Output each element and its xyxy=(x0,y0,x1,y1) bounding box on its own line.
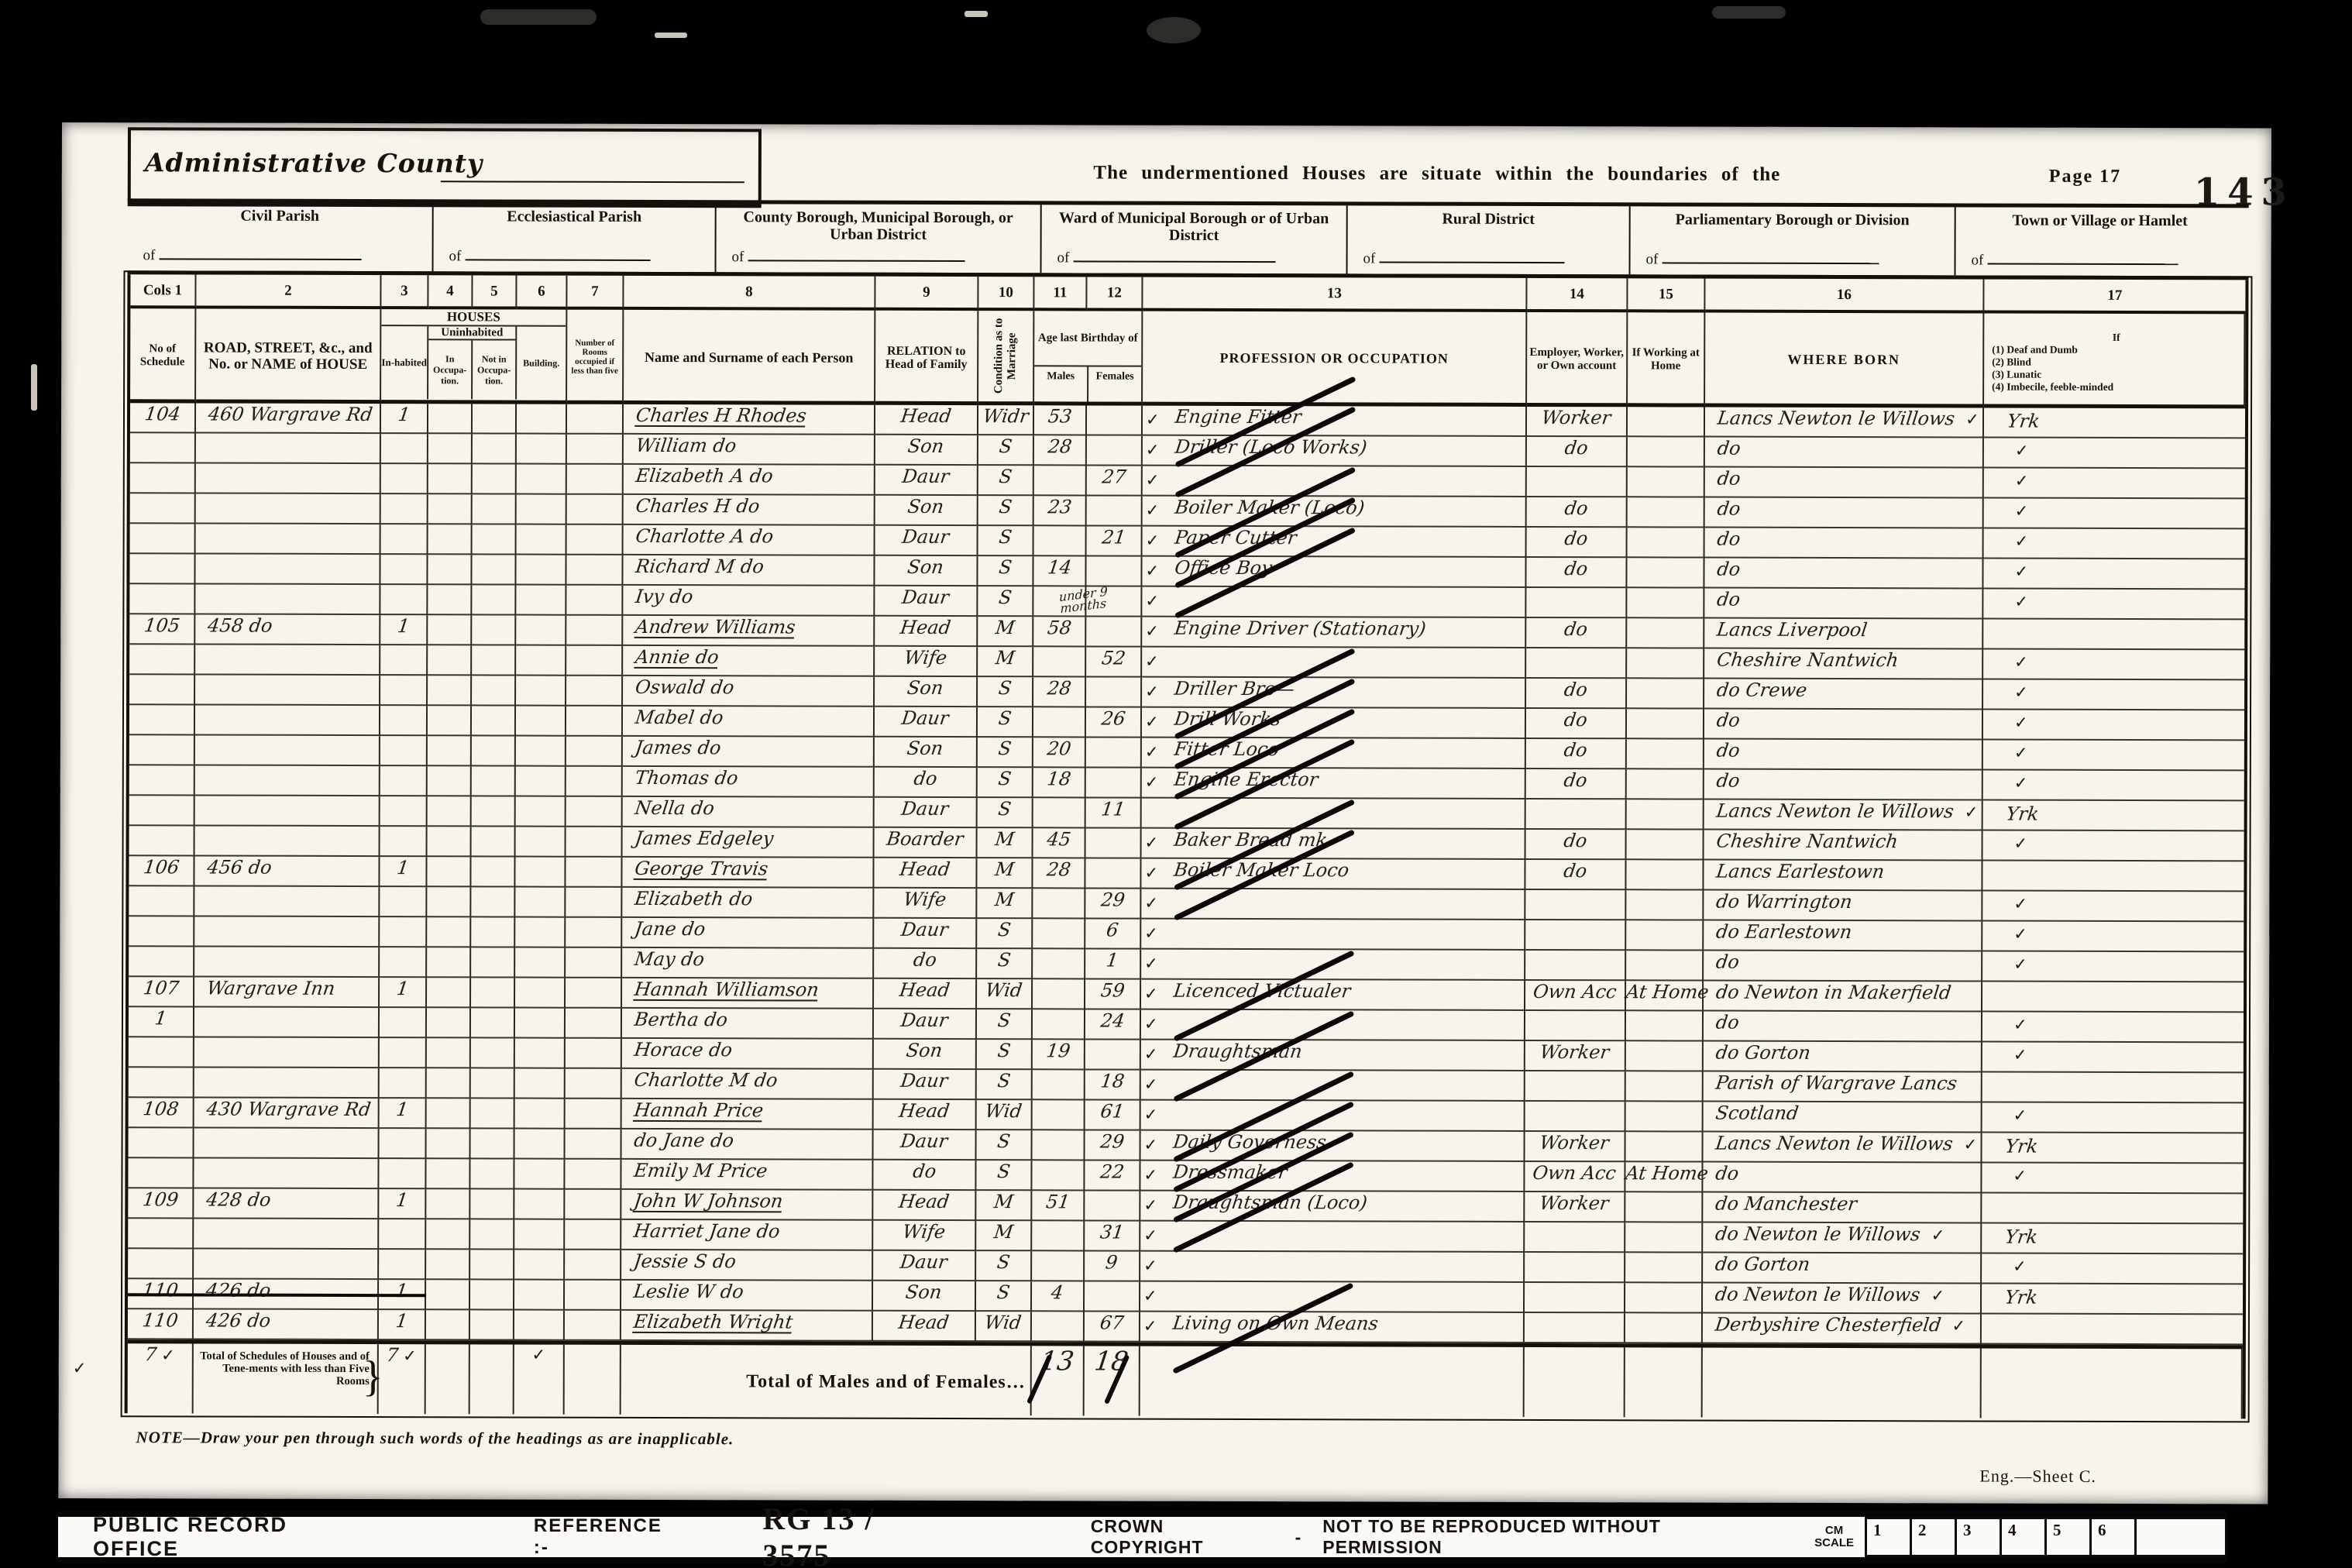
cell-age-female: 18 xyxy=(1085,1070,1141,1100)
handwritten-entry: do xyxy=(1716,528,1742,550)
header-road: ROAD, STREET, &c., and No. or NAME of HO… xyxy=(196,308,380,403)
handwritten-entry: do xyxy=(1563,528,1589,549)
handwritten-entry: Scotland xyxy=(1714,1102,1800,1124)
cell-inhabited xyxy=(380,1068,427,1099)
check-mark: ✓ xyxy=(2013,1257,2027,1276)
cell-employer: do xyxy=(1526,769,1627,799)
cell-infirmity: ✓ xyxy=(1983,649,2244,680)
of-line: of xyxy=(1057,249,1328,267)
of-prefix: of xyxy=(449,248,462,264)
check-mark: ✓ xyxy=(1145,834,1159,852)
handwritten-entry: M xyxy=(992,1191,1014,1212)
cell-inhabited xyxy=(379,1219,426,1250)
cell-in-occupation xyxy=(428,706,472,736)
cell-age-male xyxy=(1033,1070,1085,1100)
cell-relation: Son xyxy=(874,1040,977,1070)
handwritten-entry: S xyxy=(996,949,1012,971)
cell-address: 460 Wargrave Rd xyxy=(196,403,381,434)
handwritten-entry: Bertha do xyxy=(633,1009,729,1030)
cell-relation: Daur xyxy=(875,526,978,556)
handwritten-entry: Daur xyxy=(900,919,950,940)
cell-inhabited xyxy=(380,887,427,917)
footer-bar: PUBLIC RECORD OFFICE REFERENCE :- RG 13 … xyxy=(58,1511,2227,1563)
header-born: WHERE BORN xyxy=(1705,313,1982,407)
header-rooms: Number of Rooms occupied if less than fi… xyxy=(567,310,622,404)
cell-inhabited: 1 xyxy=(380,978,427,1008)
cell-condition: Wid xyxy=(977,979,1033,1009)
check-mark: ✓ xyxy=(1143,1287,1157,1305)
cell-not-in-occupation xyxy=(471,978,515,1008)
check-mark: ✓ xyxy=(1964,1135,1978,1154)
header-home: If Working at Home xyxy=(1628,312,1704,406)
cell-address xyxy=(194,1007,380,1038)
handwritten-entry: Worker xyxy=(1539,1132,1611,1154)
cell-where-born: Cheshire Nantwich xyxy=(1704,649,1983,680)
handwritten-entry: Richard M do xyxy=(634,555,765,577)
cell-not-in-occupation xyxy=(473,434,517,464)
cell-where-born: do xyxy=(1704,589,1983,620)
cell-not-in-occupation xyxy=(471,917,515,947)
district-box: Rural Districtof xyxy=(1347,205,1630,274)
column-number: 13 xyxy=(1143,277,1527,312)
of-line: of xyxy=(1363,250,1611,268)
header-age-females: Females xyxy=(1088,366,1141,401)
cell-employer: Worker xyxy=(1525,1132,1625,1162)
cell-where-born: do Newton le Willows✓ xyxy=(1703,1223,1982,1254)
cell-address: 458 do xyxy=(195,614,380,645)
cell-condition: S xyxy=(976,1281,1032,1312)
handwritten-entry: Oswald do xyxy=(634,676,735,698)
cell-infirmity: ✓ xyxy=(1984,438,2245,469)
cell-age-male: under 9 months xyxy=(1033,586,1086,617)
cell-employer: Worker xyxy=(1525,1192,1625,1222)
cell-age-male: 45 xyxy=(1033,828,1086,858)
handwritten-entry: Daur xyxy=(901,586,951,608)
cell-building xyxy=(516,616,566,646)
cell-employer xyxy=(1525,1222,1625,1253)
cell-infirmity: ✓ xyxy=(1983,830,2244,861)
cell-name: Bertha do xyxy=(622,1009,874,1040)
cell-employer xyxy=(1525,1011,1626,1041)
cell-rooms xyxy=(566,948,622,978)
cell-rooms xyxy=(565,1160,621,1190)
cell-inhabited xyxy=(380,645,428,676)
cell-infirmity xyxy=(1982,1072,2244,1103)
cell-inhabited xyxy=(381,464,428,494)
check-mark: ✓ xyxy=(2013,1167,2027,1185)
cell-not-in-occupation xyxy=(470,1189,514,1219)
cell-where-born: do Gorton xyxy=(1703,1253,1982,1284)
handwritten-entry: M xyxy=(994,828,1016,850)
cell-age-female: 61 xyxy=(1085,1100,1141,1130)
check-mark: ✓ xyxy=(1145,622,1159,641)
cell-employer xyxy=(1526,799,1627,830)
handwritten-entry: do Newton le Willows xyxy=(1714,1223,1921,1246)
of-line: of xyxy=(449,248,696,266)
undermentioned-heading: The undermentioned Houses are situate wi… xyxy=(848,162,2026,187)
cell-address: 426 do xyxy=(194,1309,379,1340)
handwritten-entry: S xyxy=(998,556,1013,578)
check-mark: ✓ xyxy=(2013,1046,2027,1064)
handwritten-entry: 27 xyxy=(1101,466,1127,488)
cell-age-female xyxy=(1085,858,1141,889)
cell-infirmity: ✓ xyxy=(1984,468,2245,499)
scan-streak xyxy=(655,33,687,38)
check-mark: ✓ xyxy=(1965,803,1979,821)
cell-not-in-occupation xyxy=(470,1280,514,1310)
cell-condition: S xyxy=(978,738,1033,768)
cell-not-in-occupation xyxy=(471,887,515,917)
cell-name: Horace do xyxy=(622,1039,874,1070)
cell-relation: Daur xyxy=(874,919,977,949)
handwritten-entry: Parish of Wargrave Lancs xyxy=(1714,1072,1958,1095)
cell-building xyxy=(516,555,566,586)
cell-age-female xyxy=(1087,435,1143,466)
cell-employer xyxy=(1525,920,1626,951)
cell-relation: Daur xyxy=(875,798,978,828)
cell-occupation: ✓Draughtsman xyxy=(1141,1040,1525,1071)
cell-where-born: do xyxy=(1705,498,1984,529)
cell-schedule xyxy=(129,916,194,947)
cell-building xyxy=(515,888,566,918)
cell-in-occupation xyxy=(427,1099,471,1129)
handwritten-entry: 110 xyxy=(141,1279,179,1301)
cell-relation: Daur xyxy=(875,707,978,738)
cell-at-home xyxy=(1627,769,1704,799)
cell-employer: Own Acc xyxy=(1525,981,1626,1011)
totals-schedule-count: 7 xyxy=(143,1343,158,1365)
cell-at-home xyxy=(1626,1041,1704,1071)
handwritten-entry: Head xyxy=(898,979,951,1001)
handwritten-entry: 21 xyxy=(1101,527,1127,548)
cell-rooms xyxy=(566,1099,622,1130)
cell-condition: M xyxy=(977,858,1033,889)
cell-condition: S xyxy=(978,586,1033,617)
cell-infirmity: ✓ xyxy=(1983,559,2244,590)
cell-rooms xyxy=(566,1039,622,1069)
cell-relation: Head xyxy=(875,405,978,435)
cell-infirmity: ✓ xyxy=(1983,740,2244,771)
handwritten-entry: Jessie S do xyxy=(632,1250,737,1272)
cell-in-occupation xyxy=(426,1280,470,1310)
handwritten-entry: Widr xyxy=(982,405,1030,427)
cell-schedule xyxy=(129,735,195,765)
column-number: 12 xyxy=(1087,277,1143,311)
cell-inhabited: 1 xyxy=(381,404,428,434)
admin-county-box: Administrative County xyxy=(128,127,762,208)
handwritten-entry: Worker xyxy=(1541,407,1613,428)
check-mark: ✓ xyxy=(1144,1136,1158,1154)
cell-age-male xyxy=(1033,889,1085,919)
cell-in-occupation xyxy=(428,796,472,827)
handwritten-entry: S xyxy=(998,435,1013,457)
handwritten-entry: do xyxy=(1563,860,1588,882)
handwritten-entry: 1 xyxy=(395,978,410,999)
handwritten-entry: do xyxy=(1563,709,1588,731)
handwritten-entry: do xyxy=(1563,739,1588,761)
headings-note: NOTE—Draw your pen through such words of… xyxy=(136,1428,734,1449)
handwritten-entry: Nella do xyxy=(634,797,716,819)
cell-in-occupation xyxy=(427,1008,471,1038)
cell-address xyxy=(194,1219,379,1250)
cell-rooms xyxy=(566,676,623,707)
handwritten-entry: Worker xyxy=(1539,1041,1611,1063)
handwritten-entry: At Home xyxy=(1625,981,1710,1002)
cell-in-occupation xyxy=(428,827,472,857)
cell-address xyxy=(194,947,380,978)
handwritten-entry: 28 xyxy=(1046,677,1072,699)
cell-employer: do xyxy=(1526,709,1627,739)
cell-building xyxy=(515,978,566,1009)
cell-condition: S xyxy=(976,1130,1032,1161)
handwritten-entry: Yrk xyxy=(2004,1136,2039,1157)
cell-at-home: At Home xyxy=(1626,981,1704,1011)
handwritten-entry: Head xyxy=(899,405,952,427)
handwritten-entry: Wargrave Inn xyxy=(205,977,336,999)
cell-in-occupation xyxy=(428,434,473,464)
cell-employer xyxy=(1526,648,1627,679)
handwritten-entry: Head xyxy=(898,1100,951,1122)
scan-smudge xyxy=(1712,6,1786,19)
handwritten-entry: 1 xyxy=(394,1189,409,1211)
cell-age-female xyxy=(1086,828,1142,858)
cell-where-born: do Gorton xyxy=(1704,1042,1982,1073)
cell-age-male xyxy=(1032,1312,1085,1342)
cell-schedule xyxy=(129,675,195,705)
cell-not-in-occupation xyxy=(472,766,516,796)
cell-occupation: ✓Engine Driver (Stationary) xyxy=(1142,617,1526,648)
cell-schedule: 105 xyxy=(129,614,195,645)
cell-rooms xyxy=(565,1130,621,1160)
handwritten-entry: do xyxy=(1715,740,1741,762)
handwritten-entry: Daur xyxy=(900,707,950,729)
cell-not-in-occupation xyxy=(471,1099,515,1129)
scale-box: 6 xyxy=(2089,1517,2134,1557)
check-mark: ✓ xyxy=(1146,441,1160,459)
cell-age-female: 9 xyxy=(1085,1251,1140,1281)
check-mark: ✓ xyxy=(1146,531,1160,550)
cell-schedule xyxy=(128,1249,194,1279)
handwritten-entry: 22 xyxy=(1099,1161,1125,1183)
cell-name: James Edgeley xyxy=(623,827,875,858)
cell-in-occupation xyxy=(428,585,472,615)
cell-where-born: do xyxy=(1704,559,1983,590)
cell-condition: Wid xyxy=(976,1312,1032,1342)
cell-employer: do xyxy=(1526,830,1627,860)
cell-inhabited xyxy=(380,917,427,947)
cell-condition: M xyxy=(977,889,1033,919)
cell-in-occupation xyxy=(428,645,472,676)
handwritten-entry: 1 xyxy=(394,1310,409,1332)
cell-in-occupation xyxy=(427,917,471,947)
cell-infirmity: ✓ xyxy=(1982,1042,2244,1073)
cell-employer: Worker xyxy=(1525,1041,1626,1071)
scan-streak xyxy=(965,11,988,17)
cell-building xyxy=(515,1069,566,1099)
cell-schedule xyxy=(129,705,195,735)
handwritten-entry: 29 xyxy=(1099,1131,1126,1153)
handwritten-entry: Engine Driver (Stationary) xyxy=(1174,617,1428,640)
handwritten-entry: do xyxy=(1716,438,1742,459)
cell-age-female xyxy=(1085,1040,1141,1070)
census-sheet: Administrative County The undermentioned… xyxy=(58,122,2271,1504)
column-number: 2 xyxy=(196,274,381,309)
cell-age-female xyxy=(1087,405,1143,435)
cell-name: Andrew Williams xyxy=(623,616,875,647)
cell-building xyxy=(514,1281,565,1311)
cell-employer xyxy=(1525,890,1626,920)
of-prefix: of xyxy=(732,249,744,265)
cell-schedule: 108 xyxy=(129,1098,194,1128)
cell-building xyxy=(514,1130,565,1160)
cell-where-born: do Crewe xyxy=(1704,679,1983,710)
of-line: of xyxy=(1972,252,2226,270)
cell-building xyxy=(515,1099,566,1130)
cell-schedule xyxy=(130,524,196,554)
handwritten-entry: Worker xyxy=(1539,1192,1611,1214)
cell-rooms xyxy=(566,555,623,586)
handwritten-entry: Son xyxy=(906,435,945,457)
handwritten-entry: Wife xyxy=(903,647,948,669)
cell-at-home xyxy=(1625,1222,1703,1253)
handwritten-entry: Yrk xyxy=(2003,1287,2038,1308)
totals-inhabited-count: 7 xyxy=(385,1344,400,1366)
cell-not-in-occupation xyxy=(473,464,517,494)
handwritten-entry: 23 xyxy=(1047,496,1073,518)
cell-condition: S xyxy=(978,707,1033,738)
reproduction-notice: NOT TO BE REPRODUCED WITHOUT PERMISSION xyxy=(1322,1516,1764,1558)
cell-rooms xyxy=(566,767,623,797)
handwritten-entry: 29 xyxy=(1099,889,1126,911)
cell-infirmity: Yrk xyxy=(1982,1284,2243,1315)
handwritten-entry: 31 xyxy=(1099,1222,1125,1243)
cell-relation: do xyxy=(874,949,977,979)
cell-schedule xyxy=(128,1128,194,1158)
cell-building xyxy=(516,797,566,827)
district-label: County Borough, Municipal Borough, or Ur… xyxy=(717,208,1040,243)
cell-not-in-occupation xyxy=(470,1250,514,1280)
cell-where-born: do xyxy=(1705,438,1984,469)
scan-smudge xyxy=(1147,17,1201,43)
cell-relation: Son xyxy=(875,496,978,526)
cell-age-male xyxy=(1032,1130,1085,1161)
handwritten-entry: Daur xyxy=(899,1251,949,1273)
header-name: Name and Surname of each Person xyxy=(624,310,874,404)
cell-name: William do xyxy=(624,435,875,466)
cell-name: Ivy do xyxy=(623,586,875,617)
cell-age-female: 1 xyxy=(1085,949,1141,979)
cell-name: Mabel do xyxy=(623,707,875,738)
handwritten-entry: Lancs Newton le Willows xyxy=(1715,800,1955,823)
cell-inhabited xyxy=(381,494,428,524)
handwritten-entry: Boarder xyxy=(885,828,965,850)
handwritten-entry: do xyxy=(1714,1163,1740,1185)
check-mark: ✓ xyxy=(1143,1257,1157,1275)
cell-condition: S xyxy=(977,1009,1033,1040)
handwritten-entry: Baker Bread mk xyxy=(1173,829,1329,851)
check-mark: ✓ xyxy=(1144,864,1158,882)
check-mark: ✓ xyxy=(1144,985,1158,1003)
cell-building xyxy=(514,1250,565,1281)
cell-not-in-occupation xyxy=(472,585,516,615)
check-mark: ✓ xyxy=(1143,1226,1157,1245)
cell-not-in-occupation xyxy=(473,494,517,524)
cell-in-occupation xyxy=(426,1219,470,1250)
scale-box: 3 xyxy=(1955,1517,2000,1557)
cell-name: Nella do xyxy=(623,797,875,828)
cell-where-born: Lancs Earlestown xyxy=(1704,861,1982,892)
cell-relation: Son xyxy=(875,435,978,466)
handwritten-entry: do xyxy=(911,1161,937,1182)
cell-address: Wargrave Inn xyxy=(194,977,380,1008)
check-mark: ✓ xyxy=(2013,955,2027,974)
handwritten-entry: Own Acc xyxy=(1532,981,1618,1002)
column-number-row: Cols 1234567891011121314151617 xyxy=(130,274,2245,314)
cell-age-female: 52 xyxy=(1086,647,1142,677)
handwritten-entry: do Gorton xyxy=(1714,1042,1812,1064)
cell-infirmity: ✓ xyxy=(1983,770,2244,801)
cell-relation: Daur xyxy=(874,1009,977,1040)
handwritten-entry: 456 do xyxy=(206,856,273,878)
cell-building xyxy=(516,707,566,737)
cell-condition: S xyxy=(978,677,1033,707)
handwritten-entry: do Jane do xyxy=(633,1130,735,1151)
handwritten-entry: 6 xyxy=(1106,920,1120,941)
cell-employer: do xyxy=(1527,528,1628,558)
check-mark: ✓ xyxy=(1144,1106,1158,1124)
cell-where-born: do xyxy=(1704,1012,1982,1043)
cell-where-born: Parish of Wargrave Lancs xyxy=(1704,1072,1982,1103)
cell-relation: Wife xyxy=(874,889,977,919)
handwritten-entry: S xyxy=(998,466,1013,487)
cell-relation: do xyxy=(875,768,978,798)
handwritten-entry: 28 xyxy=(1047,435,1073,457)
scale-box: 2 xyxy=(1910,1517,1955,1557)
cell-name: Charles H do xyxy=(624,495,875,526)
cell-condition: S xyxy=(977,1040,1033,1070)
totals-schedules-label: Total of Schedules of Houses and of Tene… xyxy=(194,1343,377,1387)
cell-where-born: do xyxy=(1705,528,1984,559)
district-label: Ecclesiastical Parish xyxy=(434,208,715,225)
cell-where-born: do Newton le Willows✓ xyxy=(1703,1284,1982,1315)
cell-address xyxy=(195,675,380,706)
handwritten-entry: S xyxy=(995,1161,1011,1182)
cell-schedule xyxy=(129,826,195,856)
cell-age-female: 31 xyxy=(1085,1221,1140,1251)
handwritten-entry: George Travis xyxy=(634,858,769,879)
handwritten-entry: do Crewe xyxy=(1715,679,1808,701)
check-mark: ✓ xyxy=(1146,411,1160,429)
cell-age-female xyxy=(1086,556,1142,586)
cell-at-home xyxy=(1626,1102,1704,1132)
cell-employer: do xyxy=(1526,558,1627,588)
handwritten-entry: 107 xyxy=(142,977,180,999)
header-condition: Condition as to Marriage xyxy=(992,311,1019,401)
column-number: 11 xyxy=(1034,277,1087,311)
check-mark: ✓ xyxy=(1145,743,1159,762)
header-not-in-occupation: Not in Occupa-tion. xyxy=(473,340,515,399)
cell-at-home xyxy=(1627,739,1704,769)
check-mark: ✓ xyxy=(1931,1226,1945,1244)
census-table: Cols 1234567891011121314151617 No of Sch… xyxy=(125,274,2249,1418)
cell-age-female: 21 xyxy=(1087,526,1143,556)
cell-name: Thomas do xyxy=(623,767,875,798)
cell-schedule xyxy=(129,554,195,584)
handwritten-entry: Elizabeth A do xyxy=(634,465,774,487)
cell-inhabited xyxy=(380,736,428,766)
cell-at-home xyxy=(1627,618,1704,648)
cell-name: Hannah Williamson xyxy=(622,978,874,1009)
